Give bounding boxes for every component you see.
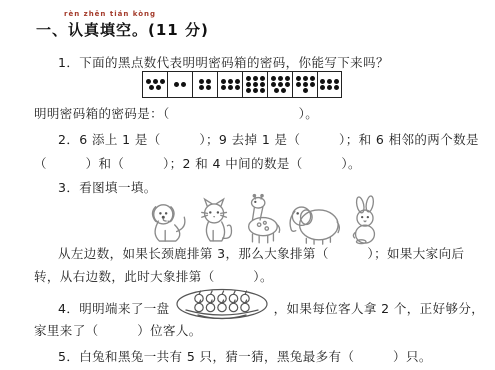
q4-line2: 家里来了（ ）位客人。	[34, 321, 202, 339]
dice-cell	[142, 71, 167, 98]
q5-line: 5．白兔和黑兔一共有 5 只，猜一猜，黑兔最多有（ ）只。	[58, 347, 432, 365]
worksheet-page: rèn zhēn tián kòng 一、认真填空。(11 分) 1．下面的黑点…	[0, 0, 495, 370]
q2-line2: （ ）和（ ）；2 和 4 中间的数是（ ）。	[34, 154, 361, 172]
q4-text-post: ，如果每位客人拿 2 个，正好够分，	[274, 299, 485, 317]
dog-illustration	[148, 199, 190, 245]
password-dice-strip	[142, 71, 342, 98]
q4-text-pre: 4．明明端来了一盘	[58, 299, 170, 317]
dice-cell	[242, 71, 267, 98]
dice-cell	[317, 71, 342, 98]
section-title: 一、认真填空。(11 分)	[36, 19, 209, 40]
pinyin-annotation: rèn zhēn tián kòng	[64, 10, 156, 18]
plate-fruits	[194, 291, 248, 312]
q2-line1: 2．6 添上 1 是（ ）；9 去掉 1 是（ ）；和 6 相邻的两个数是	[58, 130, 479, 148]
elephant-illustration	[289, 199, 341, 245]
dice-cell	[217, 71, 242, 98]
dice-cell	[267, 71, 292, 98]
rabbit-illustration	[348, 195, 382, 245]
q1-prompt: 1．下面的黑点数代表明明密码箱的密码，你能写下来吗？	[58, 53, 389, 71]
q3-prompt: 3．看图填一填。	[58, 178, 157, 196]
cat-illustration	[197, 197, 235, 245]
giraffe-illustration	[242, 193, 282, 245]
dice-cell	[292, 71, 317, 98]
q1-answer-line: 明明密码箱的密码是：（ ）。	[34, 104, 318, 122]
dice-cell	[192, 71, 217, 98]
q3-line1: 从左边数，如果长颈鹿排第 3，那么大象排第（ ）；如果大家向后	[58, 244, 464, 262]
q3-line2: 转，从右边数，此时大象排第（ ）。	[34, 267, 273, 285]
animals-illustration-row	[148, 193, 382, 245]
dice-cell	[167, 71, 192, 98]
